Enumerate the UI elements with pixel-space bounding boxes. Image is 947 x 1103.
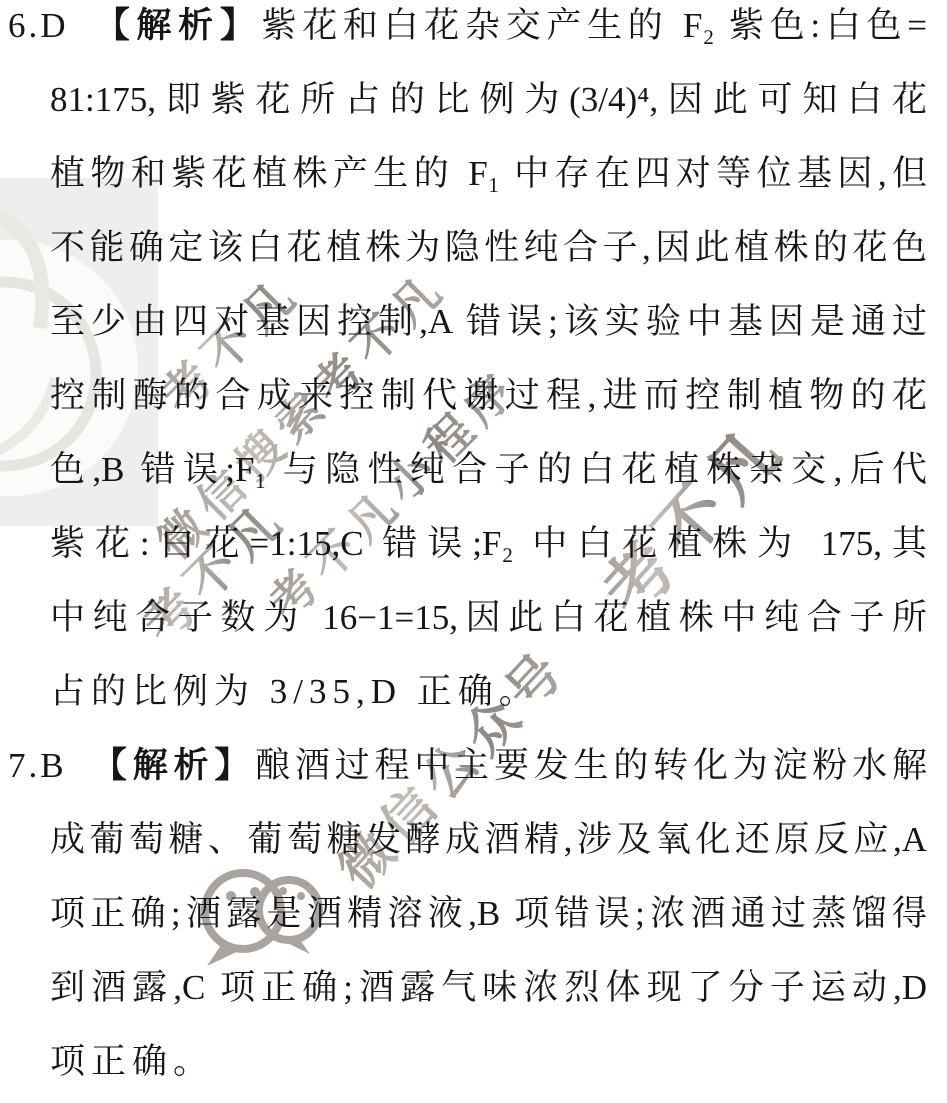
text-layer: 6.D 【解析】紫花和白花杂交产生的 F₂ 紫色:白色=81:175,即紫花所占…: [8, 0, 927, 1099]
text-line: 6.D 【解析】紫花和白花杂交产生的 F₂ 紫色:白色=: [8, 0, 927, 63]
line-text: 酿酒过程中主要发生的转化为淀粉水解: [255, 746, 927, 785]
line-text: 到酒露,C 项正确;酒露气味浓烈体现了分子运动,D: [50, 968, 927, 1007]
text-line: 占的比例为 3/35,D 正确。: [50, 655, 927, 729]
line-text: 色,B 错误;F₁ 与隐性纯合子的白花植株杂交,后代: [50, 450, 927, 489]
text-line: 控制酶的合成来控制代谢过程,进而控制植物的花: [50, 359, 927, 433]
line-text: 不能确定该白花植株为隐性纯合子,因此植株的花色: [50, 228, 927, 267]
line-text: 紫花和白花杂交产生的 F₂ 紫色:白色=: [262, 6, 927, 45]
text-line: 植物和紫花植株产生的 F₁ 中存在四对等位基因,但: [50, 137, 927, 211]
text-line: 成葡萄糖、葡萄糖发酵成酒精,涉及氧化还原反应,A: [50, 803, 927, 877]
text-line: 中纯合子数为 16−1=15,因此白花植株中纯合子所: [50, 581, 927, 655]
line-text: 占的比例为 3/35,D 正确。: [50, 672, 540, 711]
line-text: 紫花:白花=1:15,C 错误;F₂ 中白花植株为 175,其: [50, 524, 927, 563]
item-number: 6.D: [8, 6, 89, 45]
text-line: 项正确;酒露是酒精溶液,B 项错误;浓酒通过蒸馏得: [50, 877, 927, 951]
line-text: 中纯合子数为 16−1=15,因此白花植株中纯合子所: [50, 598, 927, 637]
text-line: 紫花:白花=1:15,C 错误;F₂ 中白花植株为 175,其: [50, 507, 927, 581]
text-line: 81:175,即紫花所占的比例为(3/4)⁴,因此可知白花: [50, 63, 927, 137]
item-number: 7.B: [8, 746, 87, 785]
line-text: 项正确。: [50, 1042, 214, 1081]
text-line: 至少由四对基因控制,A 错误;该实验中基因是通过: [50, 285, 927, 359]
text-line: 色,B 错误;F₁ 与隐性纯合子的白花植株杂交,后代: [50, 433, 927, 507]
text-line: 7.B 【解析】酿酒过程中主要发生的转化为淀粉水解: [8, 729, 927, 803]
line-text: 控制酶的合成来控制代谢过程,进而控制植物的花: [50, 376, 927, 415]
text-line: 不能确定该白花植株为隐性纯合子,因此植株的花色: [50, 211, 927, 285]
analysis-tag: 【解析】: [89, 6, 261, 45]
line-text: 成葡萄糖、葡萄糖发酵成酒精,涉及氧化还原反应,A: [50, 820, 927, 859]
text-line: 到酒露,C 项正确;酒露气味浓烈体现了分子运动,D: [50, 951, 927, 1025]
analysis-tag: 【解析】: [87, 746, 255, 785]
line-text: 植物和紫花植株产生的 F₁ 中存在四对等位基因,但: [50, 154, 927, 193]
text-line: 项正确。: [50, 1025, 927, 1099]
line-text: 至少由四对基因控制,A 错误;该实验中基因是通过: [50, 302, 927, 341]
answer-sheet-page: 考不凡微信搜索考不凡考不凡小程序考不凡微信公众号考不凡 6.D 【解析】紫花和白…: [0, 0, 947, 1103]
line-text: 项正确;酒露是酒精溶液,B 项错误;浓酒通过蒸馏得: [50, 894, 927, 933]
line-text: 81:175,即紫花所占的比例为(3/4)⁴,因此可知白花: [50, 80, 927, 119]
